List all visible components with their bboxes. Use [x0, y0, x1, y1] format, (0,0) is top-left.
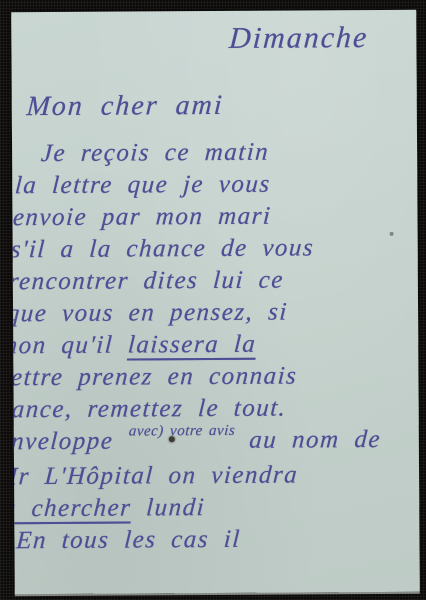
- letter-line: la lettre que je vous: [14, 168, 415, 202]
- letter-line: la chercher lundi: [11, 491, 394, 525]
- letter-line: que vous en pensez, si: [11, 296, 407, 330]
- line-text: que vous en pensez, si: [11, 299, 289, 328]
- line-text: En tous les cas il: [15, 526, 241, 554]
- line-text: enveloppe: [11, 428, 129, 456]
- line-text: lettre prenez en connais: [11, 362, 298, 391]
- line-text: sance, remettez le tout.: [11, 395, 287, 424]
- letter-line: non qu'il laissera la: [11, 328, 405, 362]
- underlined-text: la chercher: [11, 495, 132, 523]
- line-text: lundi: [131, 494, 206, 521]
- letter-line: sance, remettez le tout.: [11, 392, 400, 426]
- letter-line: rencontrer dites lui ce: [11, 264, 409, 298]
- line-text: Mr L'Hôpital on viendra: [11, 461, 299, 490]
- letter-line: lettre prenez en connais: [11, 360, 402, 394]
- paper-speck: [390, 232, 394, 236]
- line-text: rencontrer dites lui ce: [11, 267, 285, 296]
- line-text: Je reçois ce matin: [40, 139, 270, 167]
- letter-line: Mr L'Hôpital on viendra: [11, 459, 396, 493]
- interline-insertion: avec) votre avis: [128, 423, 235, 440]
- line-text: s'il a la chance de vous: [11, 234, 315, 263]
- line-text: non qu'il: [11, 332, 129, 360]
- ink-blot: [169, 436, 175, 442]
- letter-body: Je reçois ce matinla lettre que je vouse…: [11, 136, 417, 558]
- letter-salutation: Mon cher ami: [26, 88, 417, 124]
- photo-background: { "photo": { "background_color": "#0d0c0…: [0, 0, 426, 600]
- underlined-text: laissera la: [127, 331, 257, 359]
- line-text: envoie par mon mari: [12, 203, 272, 232]
- letter-line: envoie par mon mari: [12, 200, 413, 234]
- letter-line: Je reçois ce matin: [16, 136, 417, 170]
- letter-line: s'il a la chance de vous: [11, 232, 411, 266]
- letter-paper: Dimanche Mon cher ami Je reçois ce matin…: [11, 10, 420, 594]
- letter-line: enveloppe avec) votre avis au nom de: [11, 424, 398, 461]
- letter-line: En tous les cas il: [11, 523, 392, 557]
- letter-heading: Dimanche: [11, 10, 416, 60]
- line-text: la lettre que je vous: [14, 171, 271, 200]
- line-text: au nom de: [234, 426, 382, 454]
